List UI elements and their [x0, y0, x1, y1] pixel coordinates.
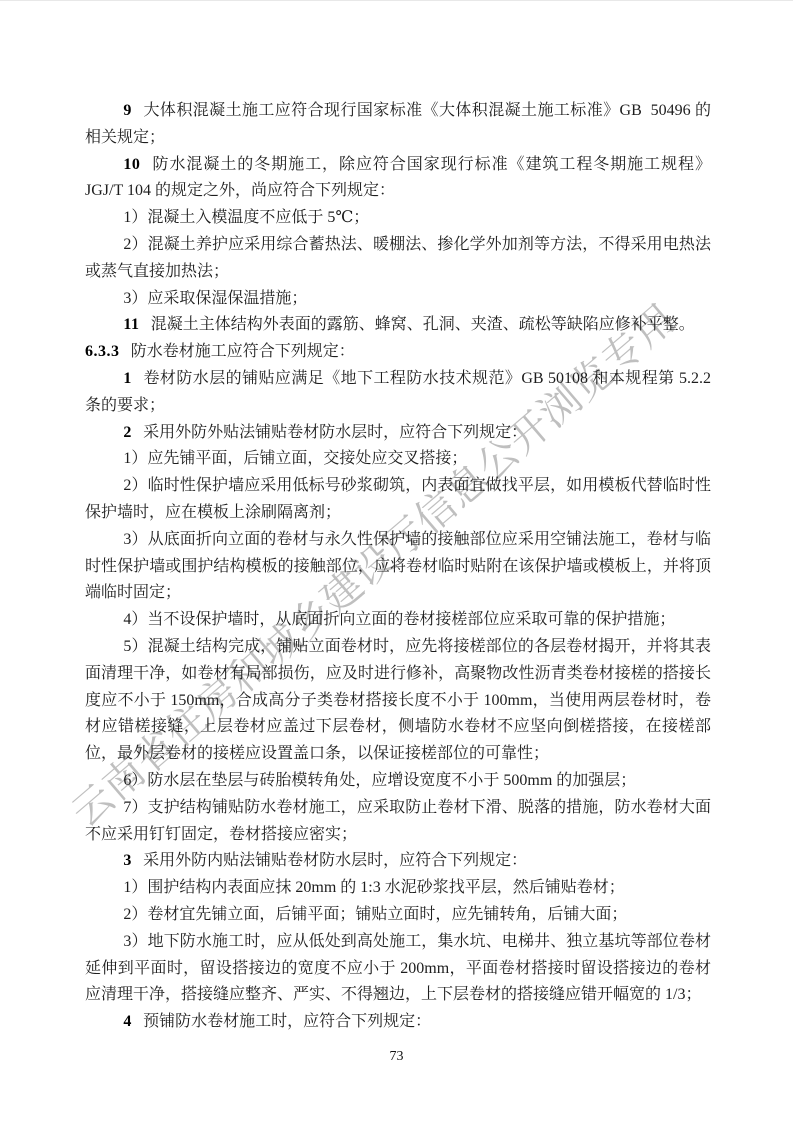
paragraph-number: 2 [123, 424, 132, 441]
paragraph-text: 2）临时性保护墙应采用低标号砂浆砌筑，内表面宜做找平层，如用模板代替临时性保护墙… [85, 477, 711, 521]
paragraph-text: 1）应先铺平面，后铺立面，交接处应交叉搭接； [123, 450, 467, 467]
paragraph-text: 1）混凝土入模温度不应低于 5℃； [123, 209, 369, 226]
paragraph: 3）地下防水施工时，应从低处到高处施工，集水坑、电梯井、独立基坑等部位卷材延伸到… [85, 929, 711, 1009]
paragraph: 9大体积混凝土施工应符合现行国家标准《大体积混凝土施工标准》GB 50496 的… [85, 98, 711, 152]
paragraph-text: 5）混凝土结构完成，铺贴立面卷材时，应先将接槎部位的各层卷材揭开，并将其表面清理… [85, 638, 711, 762]
paragraph-text: 采用外防外贴法铺贴卷材防水层时，应符合下列规定： [143, 424, 527, 441]
paragraph: 1卷材防水层的铺贴应满足《地下工程防水技术规范》GB 50108 和本规程第 5… [85, 366, 711, 420]
paragraph-number: 1 [123, 370, 132, 387]
paragraph-text: 4）当不设保护墙时，从底面折向立面的卷材接槎部位应采取可靠的保护措施； [123, 611, 675, 628]
paragraph-text: 采用外防内贴法铺贴卷材防水层时，应符合下列规定： [143, 852, 527, 869]
paragraph: 6）防水层在垫层与砖胎模转角处，应增设宽度不小于 500mm 的加强层； [85, 768, 711, 795]
paragraph-text: 3）应采取保湿保温措施； [123, 290, 307, 307]
paragraph: 2）卷材宜先铺立面，后铺平面；铺贴立面时，应先铺转角，后铺大面； [85, 902, 711, 929]
paragraph-text: 2）混凝土养护应采用综合蓄热法、暖棚法、掺化学外加剂等方法，不得采用电热法或蒸气… [85, 236, 711, 280]
paragraph-number: 9 [123, 102, 132, 119]
paragraph: 6.3.3防水卷材施工应符合下列规定： [85, 339, 711, 366]
paragraph-text: 防水混凝土的冬期施工，除应符合国家现行标准《建筑工程冬期施工规程》JGJ/T 1… [85, 156, 711, 200]
paragraph-number: 11 [123, 316, 139, 333]
paragraph-text: 卷材防水层的铺贴应满足《地下工程防水技术规范》GB 50108 和本规程第 5.… [85, 370, 711, 414]
paragraph: 10防水混凝土的冬期施工，除应符合国家现行标准《建筑工程冬期施工规程》JGJ/T… [85, 152, 711, 206]
paragraph: 3）应采取保湿保温措施； [85, 286, 711, 313]
document-page: 云南省住房和城乡建设厅信息公开浏览专用 9大体积混凝土施工应符合现行国家标准《大… [0, 0, 793, 1122]
paragraph-number: 6.3.3 [85, 343, 120, 360]
paragraph: 7）支护结构铺贴防水卷材施工，应采取防止卷材下滑、脱落的措施，防水卷材大面不应采… [85, 795, 711, 849]
paragraph: 4预铺防水卷材施工时，应符合下列规定： [85, 1009, 711, 1036]
document-content: 9大体积混凝土施工应符合现行国家标准《大体积混凝土施工标准》GB 50496 的… [85, 98, 711, 1036]
paragraph-number: 10 [123, 156, 140, 173]
paragraph-text: 防水卷材施工应符合下列规定： [131, 343, 355, 360]
paragraph: 1）围护结构内表面应抹 20mm 的 1:3 水泥砂浆找平层，然后铺贴卷材； [85, 875, 711, 902]
paragraph-text: 3）从底面折向立面的卷材与永久性保护墙的接触部位应采用空铺法施工，卷材与临时性保… [85, 531, 711, 602]
page-number: 73 [0, 1049, 793, 1065]
paragraph: 2采用外防外贴法铺贴卷材防水层时，应符合下列规定： [85, 420, 711, 447]
paragraph: 2）混凝土养护应采用综合蓄热法、暖棚法、掺化学外加剂等方法，不得采用电热法或蒸气… [85, 232, 711, 286]
paragraph-text: 1）围护结构内表面应抹 20mm 的 1:3 水泥砂浆找平层，然后铺贴卷材； [123, 879, 624, 896]
paragraph: 5）混凝土结构完成，铺贴立面卷材时，应先将接槎部位的各层卷材揭开，并将其表面清理… [85, 634, 711, 768]
paragraph: 2）临时性保护墙应采用低标号砂浆砌筑，内表面宜做找平层，如用模板代替临时性保护墙… [85, 473, 711, 527]
paragraph: 4）当不设保护墙时，从底面折向立面的卷材接槎部位应采取可靠的保护措施； [85, 607, 711, 634]
paragraph-text: 7）支护结构铺贴防水卷材施工，应采取防止卷材下滑、脱落的措施，防水卷材大面不应采… [85, 799, 711, 843]
paragraph-number: 3 [123, 852, 132, 869]
paragraph-number: 4 [123, 1013, 132, 1030]
paragraph: 3采用外防内贴法铺贴卷材防水层时，应符合下列规定： [85, 848, 711, 875]
paragraph-text: 2）卷材宜先铺立面，后铺平面；铺贴立面时，应先铺转角，后铺大面； [123, 906, 627, 923]
paragraph: 11混凝土主体结构外表面的露筋、蜂窝、孔洞、夹渣、疏松等缺陷应修补平整。 [85, 312, 711, 339]
paragraph: 1）混凝土入模温度不应低于 5℃； [85, 205, 711, 232]
paragraph-text: 6）防水层在垫层与砖胎模转角处，应增设宽度不小于 500mm 的加强层； [123, 772, 636, 789]
paragraph-text: 预铺防水卷材施工时，应符合下列规定： [143, 1013, 431, 1030]
paragraph: 3）从底面折向立面的卷材与永久性保护墙的接触部位应采用空铺法施工，卷材与临时性保… [85, 527, 711, 607]
paragraph-text: 混凝土主体结构外表面的露筋、蜂窝、孔洞、夹渣、疏松等缺陷应修补平整。 [151, 316, 695, 333]
paragraph-text: 3）地下防水施工时，应从低处到高处施工，集水坑、电梯井、独立基坑等部位卷材延伸到… [85, 933, 711, 1004]
paragraph-text: 大体积混凝土施工应符合现行国家标准《大体积混凝土施工标准》GB 50496 的相… [85, 102, 711, 146]
paragraph: 1）应先铺平面，后铺立面，交接处应交叉搭接； [85, 446, 711, 473]
